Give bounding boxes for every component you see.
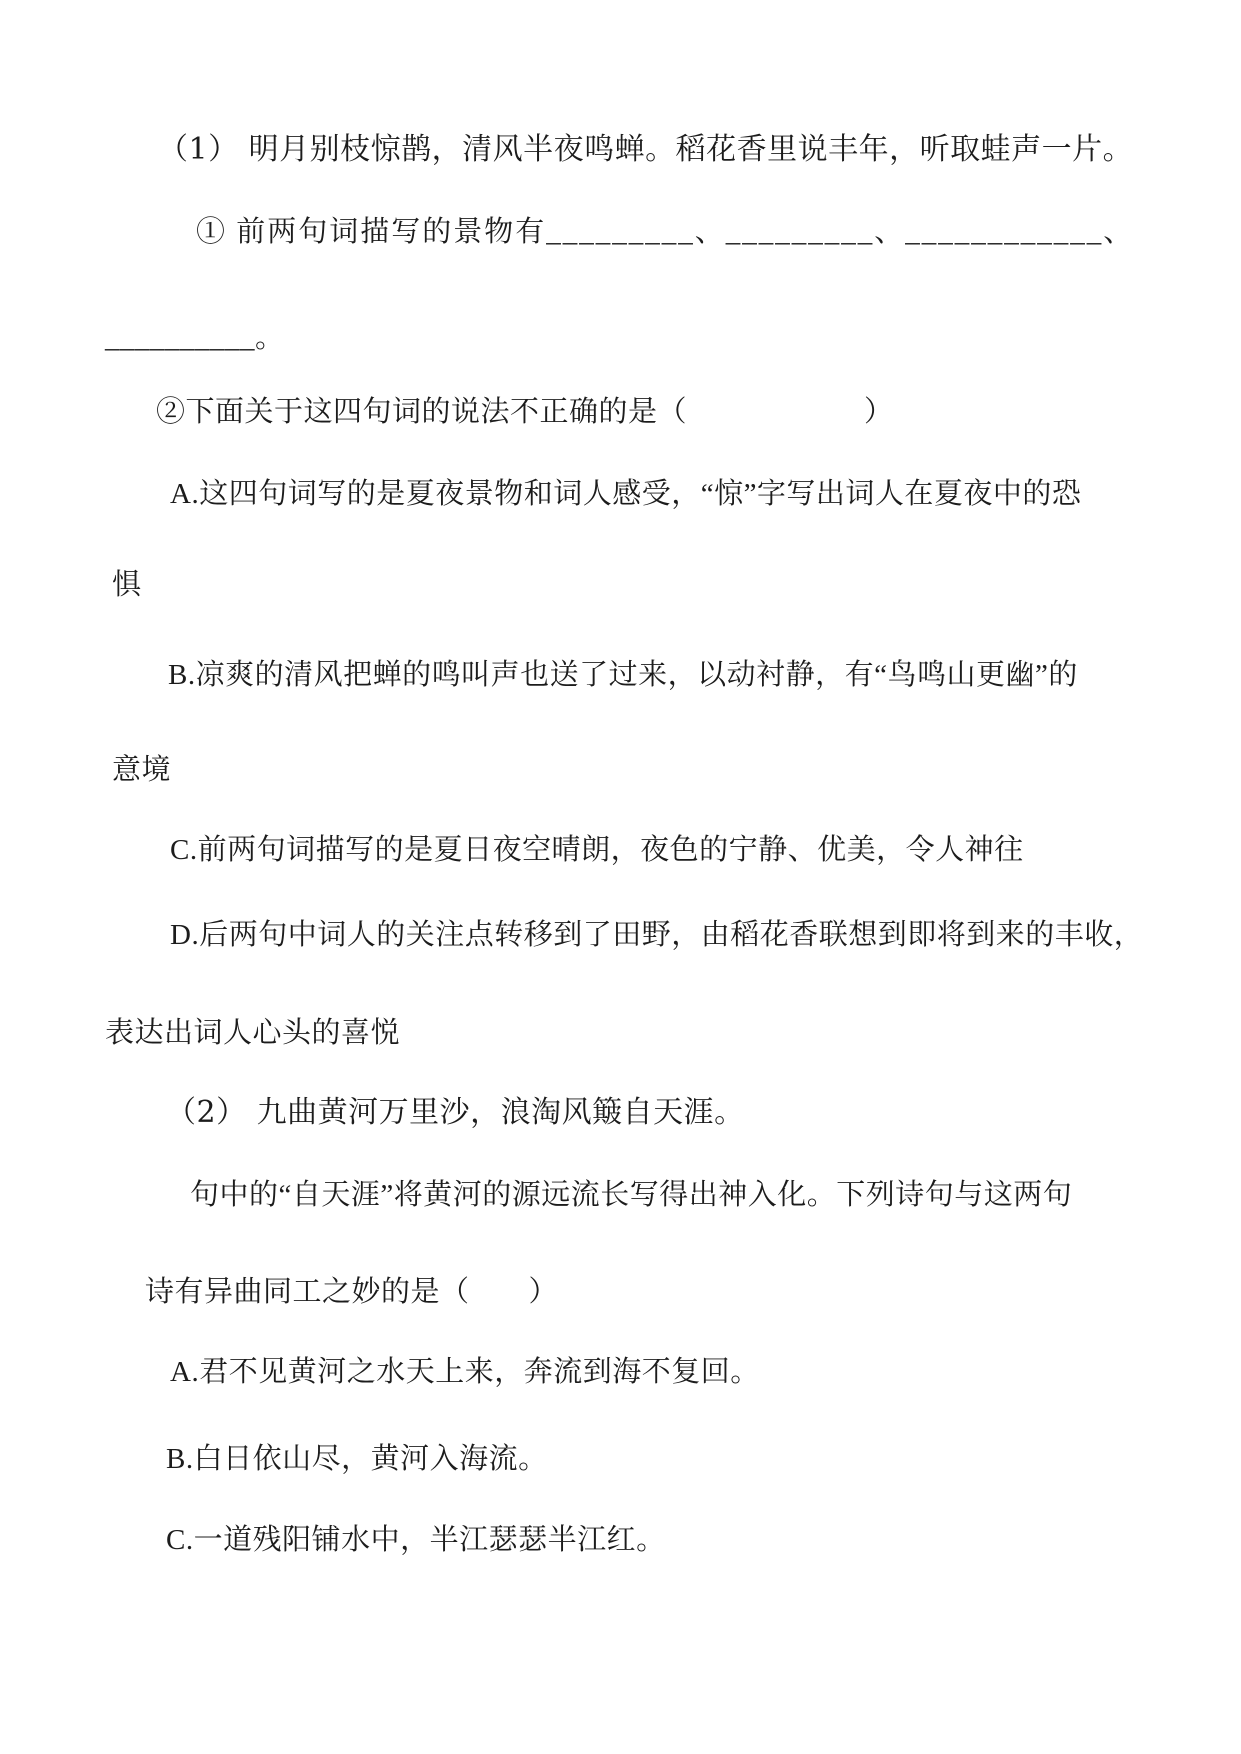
- q1-sub2-option-d: D.后两句中词人的关注点转移到了田野，由稻花香联想到即将到来的丰收，: [170, 915, 1143, 955]
- q1-sub2-option-a: A.这四句词写的是夏夜景物和词人感受，“惊”字写出词人在夏夜中的恐: [170, 474, 1081, 514]
- q1-sub2-option-b: B.凉爽的清风把蝉的鸣叫声也送了过来，以动衬静，有“鸟鸣山更幽”的: [168, 655, 1078, 695]
- q2-option-c: C.一道残阳铺水中，半江瑟瑟半江红。: [166, 1520, 666, 1560]
- q2-option-b: B.白日依山尽，黄河入海流。: [166, 1439, 548, 1479]
- worksheet-page: （1） 明月别枝惊鹊，清风半夜鸣蝉。稻花香里说丰年，听取蛙声一片。 ① 前两句词…: [0, 0, 1241, 1754]
- q2-question: 句中的“自天涯”将黄河的源远流长写得出神入化。下列诗句与这两句: [190, 1175, 1072, 1215]
- q2-poem-stem: （2） 九曲黄河万里沙，浪淘风簸自天涯。: [166, 1093, 745, 1133]
- q1-sub2-option-b-continuation: 意境: [112, 750, 171, 790]
- q1-sub2-option-c: C.前两句词描写的是夏日夜空晴朗，夜色的宁静、优美，令人神往: [170, 830, 1024, 870]
- q1-sub1-question-blank-continuation: __________。: [105, 318, 285, 358]
- q2-option-a: A.君不见黄河之水天上来，奔流到海不复回。: [170, 1352, 760, 1392]
- q1-poem-stem: （1） 明月别枝惊鹊，清风半夜鸣蝉。稻花香里说丰年，听取蛙声一片。: [158, 130, 1133, 170]
- q1-sub1-question-with-blanks: ① 前两句词描写的景物有_________、_________、________…: [196, 212, 1134, 252]
- q1-sub2-option-a-continuation: 惧: [112, 565, 142, 605]
- q1-sub2-option-d-continuation: 表达出词人心头的喜悦: [105, 1013, 400, 1053]
- q1-sub2-question: ②下面关于这四句词的说法不正确的是（ ）: [156, 392, 894, 432]
- q2-question-continuation: 诗有异曲同工之妙的是（ ）: [145, 1272, 558, 1312]
